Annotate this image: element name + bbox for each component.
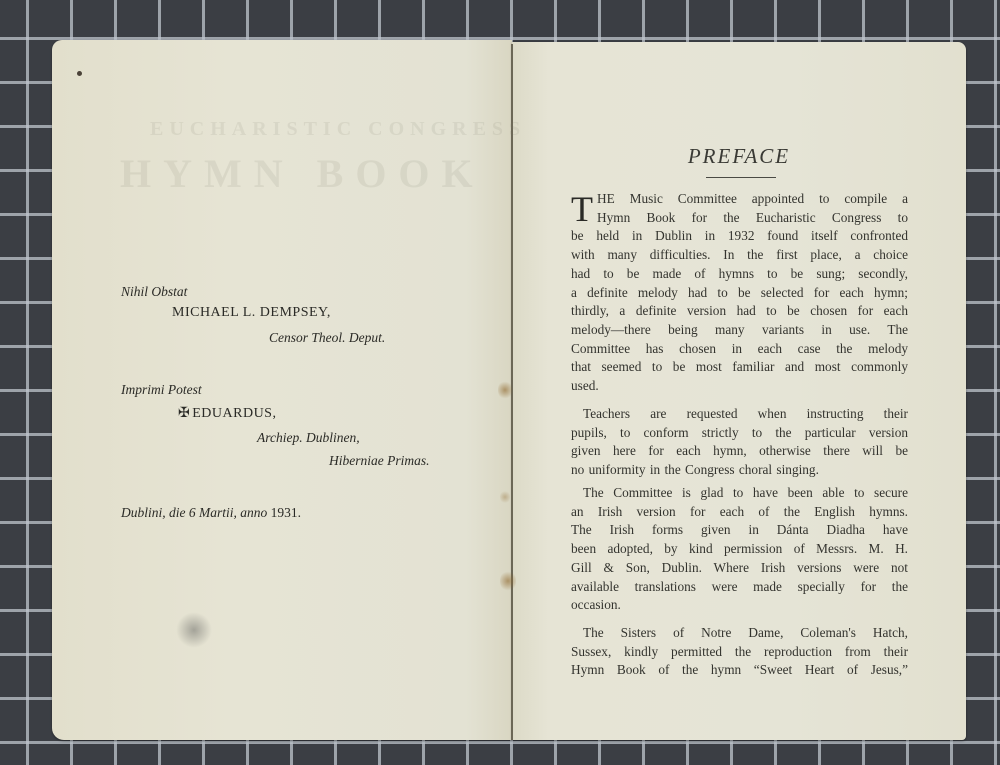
foxing-stain bbox=[498, 380, 512, 400]
text-line: an Irish version for each of the English… bbox=[571, 503, 908, 522]
text-line: pupils, to conform strictly to the parti… bbox=[571, 424, 908, 443]
text-line: occasion. bbox=[571, 596, 908, 615]
text-line: Committee has chosen in each case the me… bbox=[571, 340, 908, 359]
text-line: Gill & Son, Dublin. Where Irish versions… bbox=[571, 559, 908, 578]
text-line: Hymn Book of the hymn “Sweet Heart of Je… bbox=[571, 661, 908, 680]
text-line: The Committee is glad to have been able … bbox=[571, 484, 908, 503]
drop-cap: T bbox=[571, 194, 593, 224]
text-line: that seemed to be most familiar and most… bbox=[571, 358, 908, 377]
text-line: used. bbox=[571, 377, 908, 396]
text-line: The Sisters of Notre Dame, Coleman's Hat… bbox=[571, 624, 908, 643]
archbishop-title-1: Archiep. Dublinen, bbox=[257, 430, 360, 446]
text-line: The Irish forms given in Dánta Diadha ha… bbox=[571, 521, 908, 540]
text-line: with many difficulties. In the first pla… bbox=[571, 246, 908, 265]
archbishop-title-2: Hiberniae Primas. bbox=[329, 453, 430, 469]
dateline-year: 1931. bbox=[271, 505, 301, 520]
preface-paragraph-1: T HE Music Committee appointed to compil… bbox=[571, 190, 908, 396]
ink-spot bbox=[77, 71, 82, 76]
preface-paragraph-2: Teachers are requested when instructing … bbox=[571, 405, 908, 480]
text-line: a definite melody had to be selected for… bbox=[571, 284, 908, 303]
page-title: PREFACE bbox=[512, 144, 966, 169]
foxing-stain bbox=[500, 490, 510, 504]
cross-icon: ✠ bbox=[178, 406, 190, 421]
text-line: given here for each hymn, otherwise ther… bbox=[571, 442, 908, 461]
text-line: available translations were made special… bbox=[571, 578, 908, 597]
dateline-text: Dublini, die 6 Martii, anno bbox=[121, 505, 267, 520]
dateline: Dublini, die 6 Martii, anno 1931. bbox=[121, 505, 301, 521]
archbishop-line: ✠EDUARDUS, bbox=[178, 405, 276, 422]
imprimi-potest-label: Imprimi Potest bbox=[121, 382, 202, 398]
text-line: Teachers are requested when instructing … bbox=[571, 405, 908, 424]
archbishop-name: EDUARDUS, bbox=[192, 406, 276, 421]
text-line: thirdly, a definite version had to be ch… bbox=[571, 302, 908, 321]
text-line: been adopted, by kind permission of Mess… bbox=[571, 540, 908, 559]
nihil-obstat-label: Nihil Obstat bbox=[121, 284, 187, 300]
text-line: HE Music Committee appointed to compile … bbox=[571, 190, 908, 209]
smudge-mark bbox=[176, 612, 212, 648]
text-line: melody—there being many variants in use.… bbox=[571, 321, 908, 340]
text-line: Sussex, kindly permitted the reproductio… bbox=[571, 643, 908, 662]
foxing-stain bbox=[500, 570, 516, 592]
censor-name: MICHAEL L. DEMPSEY, bbox=[172, 305, 331, 321]
title-rule-divider bbox=[706, 177, 776, 178]
text-line: no uniformity in the Congress choral sin… bbox=[571, 461, 908, 480]
text-line: Hymn Book for the Eucharistic Congress t… bbox=[571, 209, 908, 228]
preface-paragraph-4: The Sisters of Notre Dame, Coleman's Hat… bbox=[571, 624, 908, 680]
censor-title: Censor Theol. Deput. bbox=[269, 330, 385, 346]
text-line: be held in Dublin in 1932 found itself c… bbox=[571, 227, 908, 246]
bleed-through-text: HYMN BOOK bbox=[120, 150, 485, 197]
preface-paragraph-3: The Committee is glad to have been able … bbox=[571, 484, 908, 615]
bleed-through-text: EUCHARISTIC CONGRESS bbox=[150, 118, 526, 141]
text-line: had to be made of hymns to be sung; seco… bbox=[571, 265, 908, 284]
